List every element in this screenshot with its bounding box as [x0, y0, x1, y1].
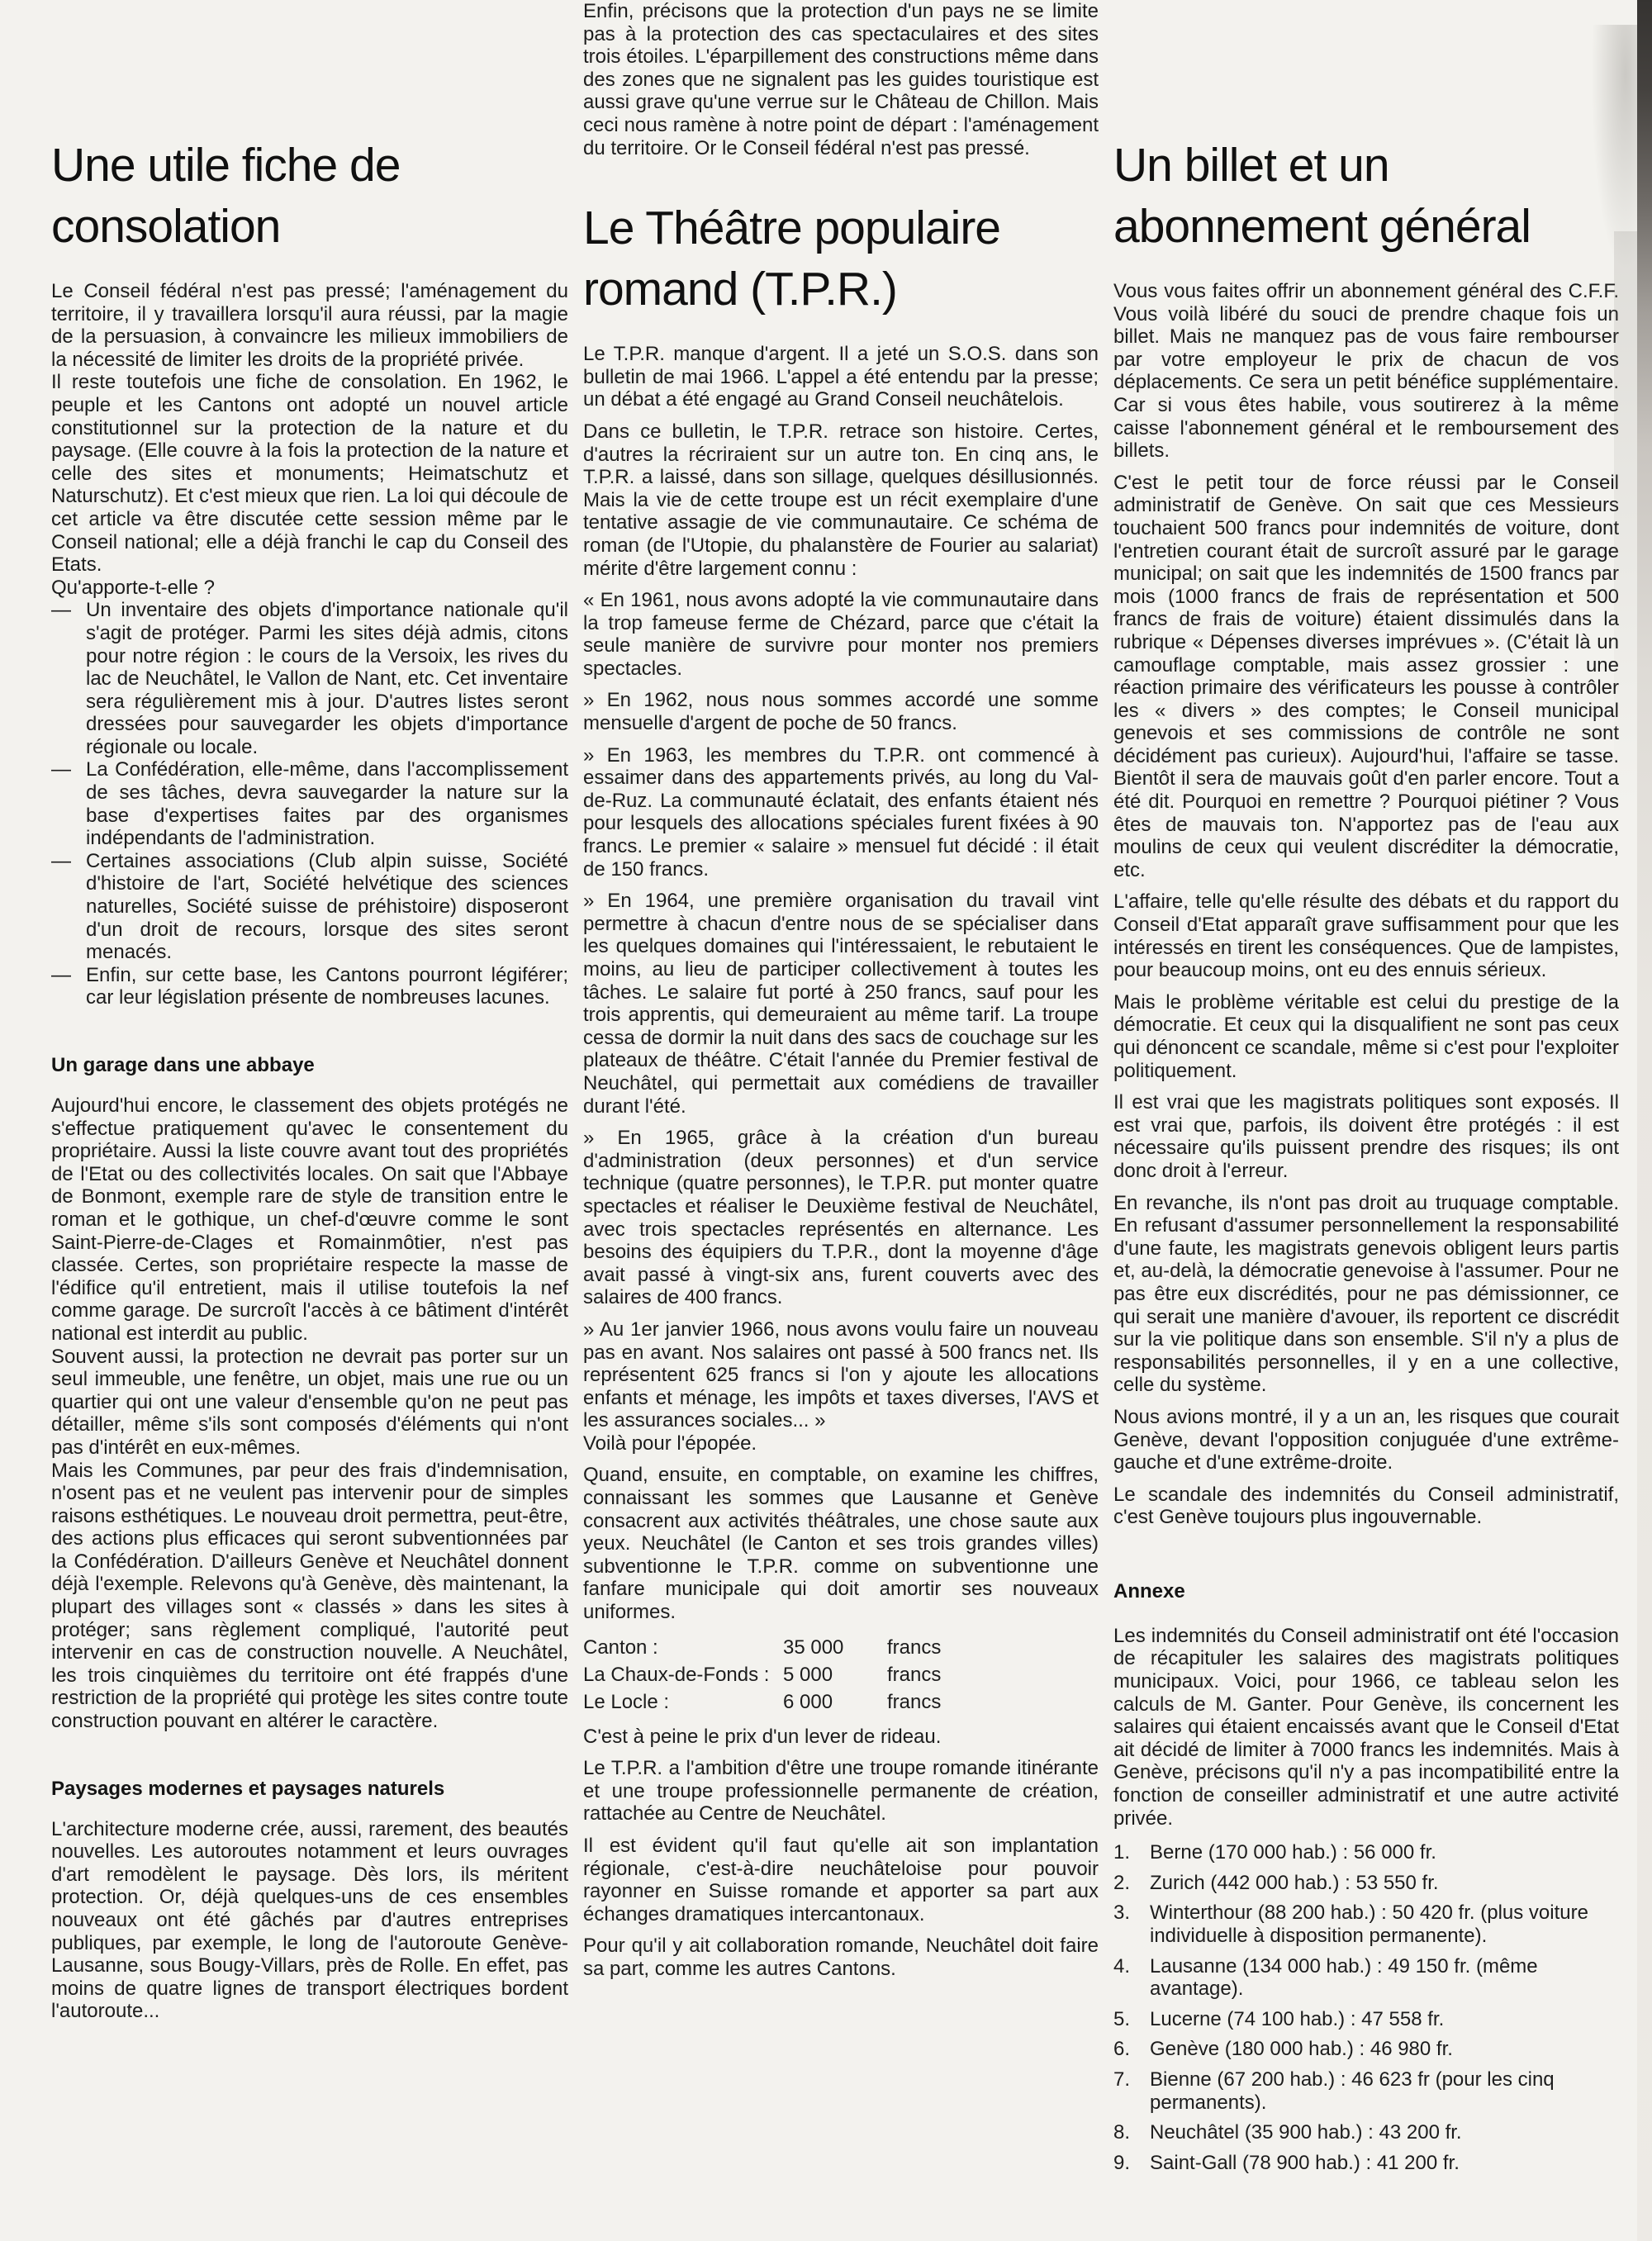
funding-table: Canton : 35 000 francs La Chaux-de-Fonds…: [583, 1634, 1099, 1716]
article-billet-title: Un billet et un abonnement général: [1113, 135, 1619, 257]
bullet-item: — La Confédération, elle-même, dans l'ac…: [51, 758, 568, 849]
scan-edge-artifact: [1637, 0, 1652, 2241]
salary-list: 1. Berne (170 000 hab.) : 56 000 fr. 2. …: [1113, 1841, 1619, 2174]
body-paragraph: L'architecture moderne crée, aussi, rare…: [51, 1818, 568, 2023]
bullet-text: Un inventaire des objets d'importance na…: [86, 599, 568, 758]
funding-amount: 5 000: [783, 1661, 874, 1688]
item-number: 1.: [1113, 1841, 1150, 1864]
item-number: 6.: [1113, 2038, 1150, 2061]
funding-unit: francs: [887, 1661, 963, 1688]
body-paragraph: Le Conseil fédéral n'est pas pressé; l'a…: [51, 280, 568, 371]
salary-item: 9. Saint-Gall (78 900 hab.) : 41 200 fr.: [1113, 2152, 1619, 2175]
funding-unit: francs: [887, 1688, 963, 1716]
body-paragraph: Le T.P.R. manque d'argent. Il a jeté un …: [583, 343, 1099, 411]
item-number: 5.: [1113, 2008, 1150, 2031]
body-paragraph: Mais les Communes, par peur des frais d'…: [51, 1460, 568, 1733]
quote-paragraph: « En 1961, nous avons adopté la vie comm…: [583, 589, 1099, 680]
body-paragraph: Pour qu'il y ait collaboration romande, …: [583, 1935, 1099, 1980]
salary-item: 3. Winterthour (88 200 hab.) : 50 420 fr…: [1113, 1902, 1619, 1947]
body-paragraph: Le T.P.R. a l'ambition d'être une troupe…: [583, 1757, 1099, 1826]
salary-item: 8. Neuchâtel (35 900 hab.) : 43 200 fr.: [1113, 2121, 1619, 2144]
funding-label: Canton :: [583, 1634, 783, 1661]
item-number: 4.: [1113, 1955, 1150, 2001]
item-number: 7.: [1113, 2068, 1150, 2114]
section-subhead-garage: Un garage dans une abbaye: [51, 1054, 568, 1077]
article-tpr: Enfin, précisons que la protection d'un …: [583, 0, 1099, 1981]
dash-glyph: —: [51, 599, 86, 758]
item-text: Winterthour (88 200 hab.) : 50 420 fr. (…: [1150, 1902, 1619, 1947]
article-billet-body: Vous vous faites offrir un abonnement gé…: [1113, 280, 1619, 2174]
bullet-text: Enfin, sur cette base, les Cantons pourr…: [86, 964, 568, 1009]
dash-glyph: —: [51, 850, 86, 964]
quote-paragraph: » En 1965, grâce à la création d'un bure…: [583, 1127, 1099, 1309]
funding-label: La Chaux-de-Fonds :: [583, 1661, 783, 1688]
quote-paragraph: » En 1964, une première organisation du …: [583, 890, 1099, 1118]
salary-item: 7. Bienne (67 200 hab.) : 46 623 fr (pou…: [1113, 2068, 1619, 2114]
bullet-text: Certaines associations (Club alpin suiss…: [86, 850, 568, 964]
quote-paragraph: » Au 1er janvier 1966, nous avons voulu …: [583, 1318, 1099, 1432]
salary-item: 2. Zurich (442 000 hab.) : 53 550 fr.: [1113, 1872, 1619, 1895]
body-paragraph: En revanche, ils n'ont pas droit au truq…: [1113, 1192, 1619, 1397]
funding-row: La Chaux-de-Fonds : 5 000 francs: [583, 1661, 963, 1688]
quote-paragraph: » En 1963, les membres du T.P.R. ont com…: [583, 744, 1099, 881]
funding-row: Canton : 35 000 francs: [583, 1634, 963, 1661]
item-text: Genève (180 000 hab.) : 46 980 fr.: [1150, 2038, 1619, 2061]
body-paragraph: Voilà pour l'épopée.: [583, 1432, 1099, 1455]
item-number: 9.: [1113, 2152, 1150, 2175]
funding-row: Le Locle : 6 000 francs: [583, 1688, 963, 1716]
salary-item: 1. Berne (170 000 hab.) : 56 000 fr.: [1113, 1841, 1619, 1864]
bullet-item: — Enfin, sur cette base, les Cantons pou…: [51, 964, 568, 1009]
article-consolation-body: Le Conseil fédéral n'est pas pressé; l'a…: [51, 280, 568, 2023]
item-number: 3.: [1113, 1902, 1150, 1947]
body-paragraph: C'est à peine le prix d'un lever de ride…: [583, 1726, 1099, 1749]
salary-item: 4. Lausanne (134 000 hab.) : 49 150 fr. …: [1113, 1955, 1619, 2001]
funding-amount: 6 000: [783, 1688, 874, 1716]
body-paragraph: Il est vrai que les magistrats politique…: [1113, 1091, 1619, 1182]
item-text: Saint-Gall (78 900 hab.) : 41 200 fr.: [1150, 2152, 1619, 2175]
article-consolation: Une utile fiche de consolation Le Consei…: [51, 0, 568, 2023]
dash-glyph: —: [51, 964, 86, 1009]
section-subhead-paysages: Paysages modernes et paysages naturels: [51, 1778, 568, 1801]
article-tpr-title: Le Théâtre populaire romand (T.P.R.): [583, 197, 1099, 320]
item-text: Berne (170 000 hab.) : 56 000 fr.: [1150, 1841, 1619, 1864]
bullet-item: — Un inventaire des objets d'importance …: [51, 599, 568, 758]
title-line: abonnement général: [1113, 196, 1619, 257]
newspaper-page: Une utile fiche de consolation Le Consei…: [0, 0, 1652, 2241]
item-text: Lausanne (134 000 hab.) : 49 150 fr. (mê…: [1150, 1955, 1619, 2001]
body-paragraph: Vous vous faites offrir un abonnement gé…: [1113, 280, 1619, 463]
funding-amount: 35 000: [783, 1634, 874, 1661]
item-number: 8.: [1113, 2121, 1150, 2144]
article-billet: Un billet et un abonnement général Vous …: [1113, 0, 1619, 2174]
funding-unit: francs: [887, 1634, 963, 1661]
item-number: 2.: [1113, 1872, 1150, 1895]
body-paragraph: Qu'apporte-t-elle ?: [51, 577, 568, 600]
item-text: Lucerne (74 100 hab.) : 47 558 fr.: [1150, 2008, 1619, 2031]
bullet-item: — Certaines associations (Club alpin sui…: [51, 850, 568, 964]
title-line: Le Théâtre populaire: [583, 197, 1099, 259]
body-paragraph: C'est le petit tour de force réussi par …: [1113, 472, 1619, 882]
item-text: Bienne (67 200 hab.) : 46 623 fr (pour l…: [1150, 2068, 1619, 2114]
bullet-text: La Confédération, elle-même, dans l'acco…: [86, 758, 568, 849]
body-paragraph: Il reste toutefois une fiche de consolat…: [51, 371, 568, 576]
article-tpr-body: Le T.P.R. manque d'argent. Il a jeté un …: [583, 343, 1099, 1980]
title-line: romand (T.P.R.): [583, 259, 1099, 320]
salary-item: 6. Genève (180 000 hab.) : 46 980 fr.: [1113, 2038, 1619, 2061]
body-paragraph: Souvent aussi, la protection ne devrait …: [51, 1346, 568, 1460]
body-paragraph: Les indemnités du Conseil administratif …: [1113, 1625, 1619, 1830]
section-subhead-annexe: Annexe: [1113, 1580, 1619, 1603]
quote-paragraph: » En 1962, nous nous sommes accordé une …: [583, 689, 1099, 734]
body-paragraph: Dans ce bulletin, le T.P.R. retrace son …: [583, 420, 1099, 580]
title-line: consolation: [51, 196, 568, 257]
body-paragraph: Quand, ensuite, en comptable, on examine…: [583, 1464, 1099, 1623]
item-text: Neuchâtel (35 900 hab.) : 43 200 fr.: [1150, 2121, 1619, 2144]
body-paragraph: Il est évident qu'il faut qu'elle ait so…: [583, 1835, 1099, 1925]
body-paragraph: L'affaire, telle qu'elle résulte des déb…: [1113, 890, 1619, 981]
body-paragraph: Nous avions montré, il y a un an, les ri…: [1113, 1406, 1619, 1474]
dash-glyph: —: [51, 758, 86, 849]
body-paragraph: Mais le problème véritable est celui du …: [1113, 991, 1619, 1082]
salary-item: 5. Lucerne (74 100 hab.) : 47 558 fr.: [1113, 2008, 1619, 2031]
article-consolation-title: Une utile fiche de consolation: [51, 135, 568, 257]
funding-label: Le Locle :: [583, 1688, 783, 1716]
body-paragraph: Le scandale des indemnités du Conseil ad…: [1113, 1484, 1619, 1529]
title-line: Une utile fiche de: [51, 135, 568, 196]
body-paragraph: Aujourd'hui encore, le classement des ob…: [51, 1094, 568, 1346]
body-paragraph: Enfin, précisons que la protection d'un …: [583, 0, 1099, 159]
title-line: Un billet et un: [1113, 135, 1619, 196]
item-text: Zurich (442 000 hab.) : 53 550 fr.: [1150, 1872, 1619, 1895]
